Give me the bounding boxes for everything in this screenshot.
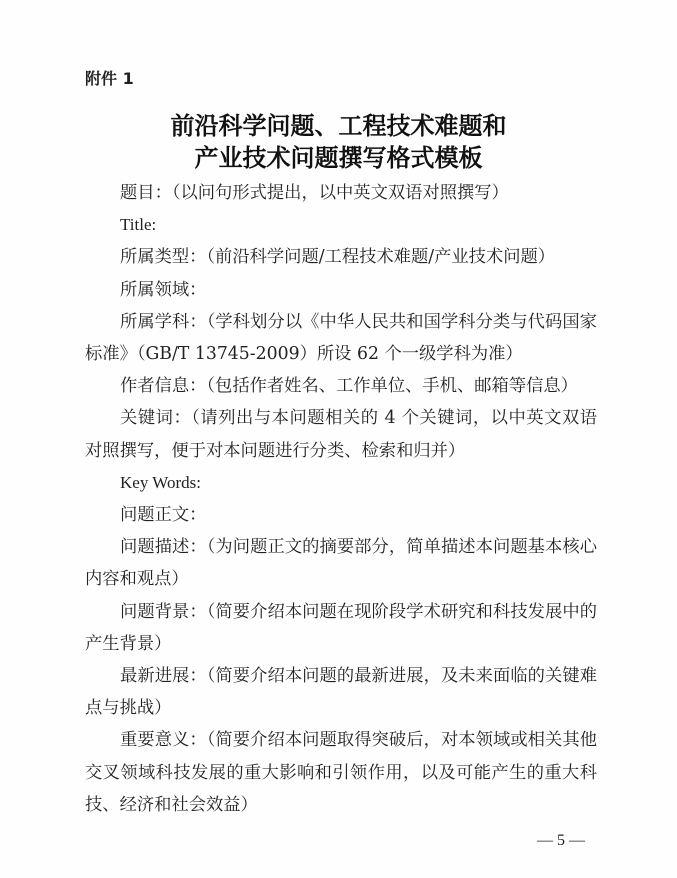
attachment-label: 附件 1 — [85, 66, 134, 89]
field-category: 所属类型：（前沿科学问题/工程技术难题/产业技术问题） — [85, 241, 597, 273]
field-domain: 所属领域： — [85, 274, 597, 306]
field-main-text: 问题正文： — [85, 499, 597, 531]
template-body: 题目：（以问句形式提出，以中英文双语对照撰写） Title: 所属类型：（前沿科… — [85, 177, 597, 821]
document-page: 附件 1 前沿科学问题、工程技术难题和 产业技术问题撰写格式模板 题目：（以问句… — [0, 0, 677, 878]
field-significance: 重要意义：（简要介绍本问题取得突破后，对本领域或相关其他交叉领域科技发展的重大影… — [85, 724, 597, 821]
page-number: — 5 — — [537, 832, 585, 850]
field-progress: 最新进展：（简要介绍本问题的最新进展，及未来面临的关键难点与挑战） — [85, 660, 597, 724]
field-title-en: Title: — [85, 209, 597, 241]
document-title-line-1: 前沿科学问题、工程技术难题和 — [0, 106, 677, 141]
field-topic: 题目：（以问句形式提出，以中英文双语对照撰写） — [85, 177, 597, 209]
field-discipline: 所属学科：（学科划分以《中华人民共和国学科分类与代码国家标准》（GB/T 137… — [85, 306, 597, 370]
document-title-line-2: 产业技术问题撰写格式模板 — [0, 138, 677, 173]
field-background: 问题背景：（简要介绍本问题在现阶段学术研究和科技发展中的产生背景） — [85, 596, 597, 660]
field-description: 问题描述：（为问题正文的摘要部分，简单描述本问题基本核心内容和观点） — [85, 531, 597, 595]
field-keywords: 关键词：（请列出与本问题相关的 4 个关键词，以中英文双语对照撰写，便于对本问题… — [85, 402, 597, 466]
field-keywords-en: Key Words: — [85, 467, 597, 499]
field-author-info: 作者信息：（包括作者姓名、工作单位、手机、邮箱等信息） — [85, 370, 597, 402]
